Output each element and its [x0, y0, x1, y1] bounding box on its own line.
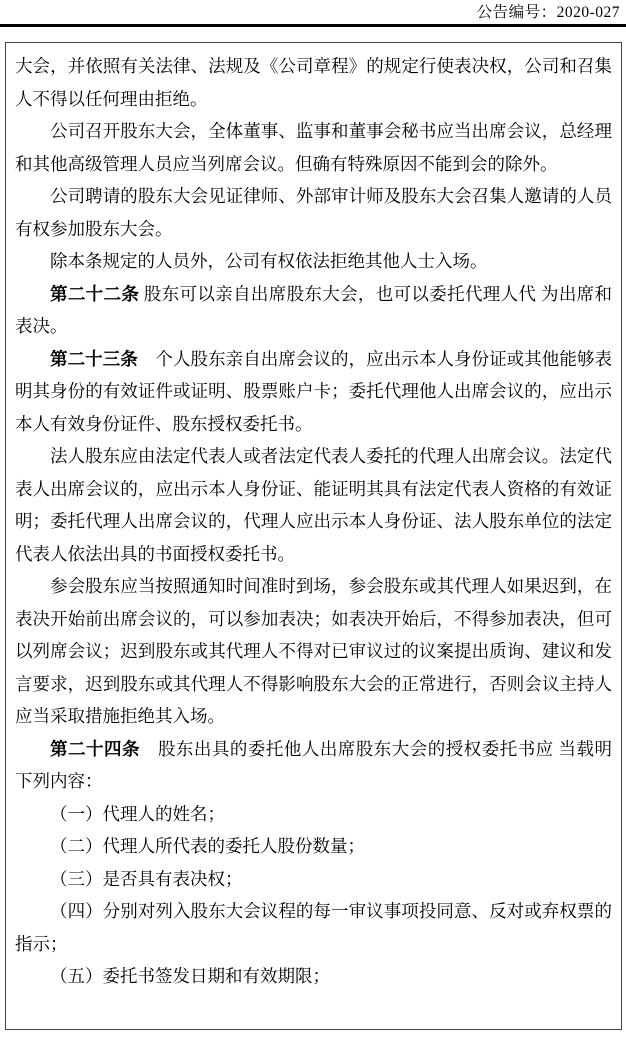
paragraph-text: 公司召开股东大会，全体董事、监事和董事会秘书应当出席会议，总经理和其他高级管理人…: [15, 121, 612, 174]
notice-number: 公告编号：2020-027: [477, 4, 620, 21]
header-rule: [0, 24, 626, 27]
paragraph-text: 除本条规定的人员外，公司有权依法拒绝其他人士入场。: [50, 251, 488, 271]
paragraph-text: （三）是否具有表决权；: [50, 869, 243, 889]
paragraph: 大会，并依照有关法律、法规及《公司章程》的规定行使表决权，公司和召集人不得以任何…: [15, 50, 612, 115]
paragraph: （四）分别对列入股东大会议程的每一审议事项投同意、反对或弃权票的指示；: [15, 895, 612, 960]
paragraph: （一）代理人的姓名；: [15, 798, 612, 831]
article-number: 第二十四条: [50, 739, 140, 759]
page-header: 公告编号：2020-027: [0, 0, 626, 22]
paragraph-list: 大会，并依照有关法律、法规及《公司章程》的规定行使表决权，公司和召集人不得以任何…: [15, 50, 612, 993]
article-number: 第二十三条: [50, 349, 138, 369]
paragraph: 第二十四条 股东出具的委托他人出席股东大会的授权委托书应 当载明下列内容：: [15, 733, 612, 798]
paragraph-text: 法人股东应由法定代表人或者法定代表人委托的代理人出席会议。法定代表人出席会议的，…: [15, 446, 612, 564]
paragraph: 第二十二条 股东可以亲自出席股东大会，也可以委托代理人代 为出席和表决。: [15, 278, 612, 343]
paragraph-text: （一）代理人的姓名；: [50, 804, 225, 824]
paragraph: 法人股东应由法定代表人或者法定代表人委托的代理人出席会议。法定代表人出席会议的，…: [15, 440, 612, 570]
paragraph: 公司聘请的股东大会见证律师、外部审计师及股东大会召集人邀请的人员有权参加股东大会…: [15, 180, 612, 245]
paragraph-text: （二）代理人所代表的委托人股份数量；: [50, 836, 365, 856]
paragraph: 公司召开股东大会，全体董事、监事和董事会秘书应当出席会议，总经理和其他高级管理人…: [15, 115, 612, 180]
paragraph-text: （五）委托书签发日期和有效期限；: [50, 966, 330, 986]
document-page: 公告编号：2020-027 大会，并依照有关法律、法规及《公司章程》的规定行使表…: [0, 0, 626, 1037]
paragraph: 参会股东应当按照通知时间准时到场，参会股东或其代理人如果迟到，在表决开始前出席会…: [15, 570, 612, 733]
paragraph: （三）是否具有表决权；: [15, 863, 612, 896]
paragraph-text: 参会股东应当按照通知时间准时到场，参会股东或其代理人如果迟到，在表决开始前出席会…: [15, 576, 612, 726]
paragraph-text: 公司聘请的股东大会见证律师、外部审计师及股东大会召集人邀请的人员有权参加股东大会…: [15, 186, 612, 239]
paragraph-text: 大会，并依照有关法律、法规及《公司章程》的规定行使表决权，公司和召集人不得以任何…: [15, 56, 612, 109]
content-box: 大会，并依照有关法律、法规及《公司章程》的规定行使表决权，公司和召集人不得以任何…: [5, 42, 622, 1030]
paragraph: （五）委托书签发日期和有效期限；: [15, 960, 612, 993]
article-number: 第二十二条: [50, 284, 139, 304]
paragraph: 第二十三条 个人股东亲自出席会议的，应出示本人身份证或其他能够表明其身份的有效证…: [15, 343, 612, 441]
paragraph-text: （四）分别对列入股东大会议程的每一审议事项投同意、反对或弃权票的指示；: [15, 901, 612, 954]
paragraph: （二）代理人所代表的委托人股份数量；: [15, 830, 612, 863]
paragraph: 除本条规定的人员外，公司有权依法拒绝其他人士入场。: [15, 245, 612, 278]
